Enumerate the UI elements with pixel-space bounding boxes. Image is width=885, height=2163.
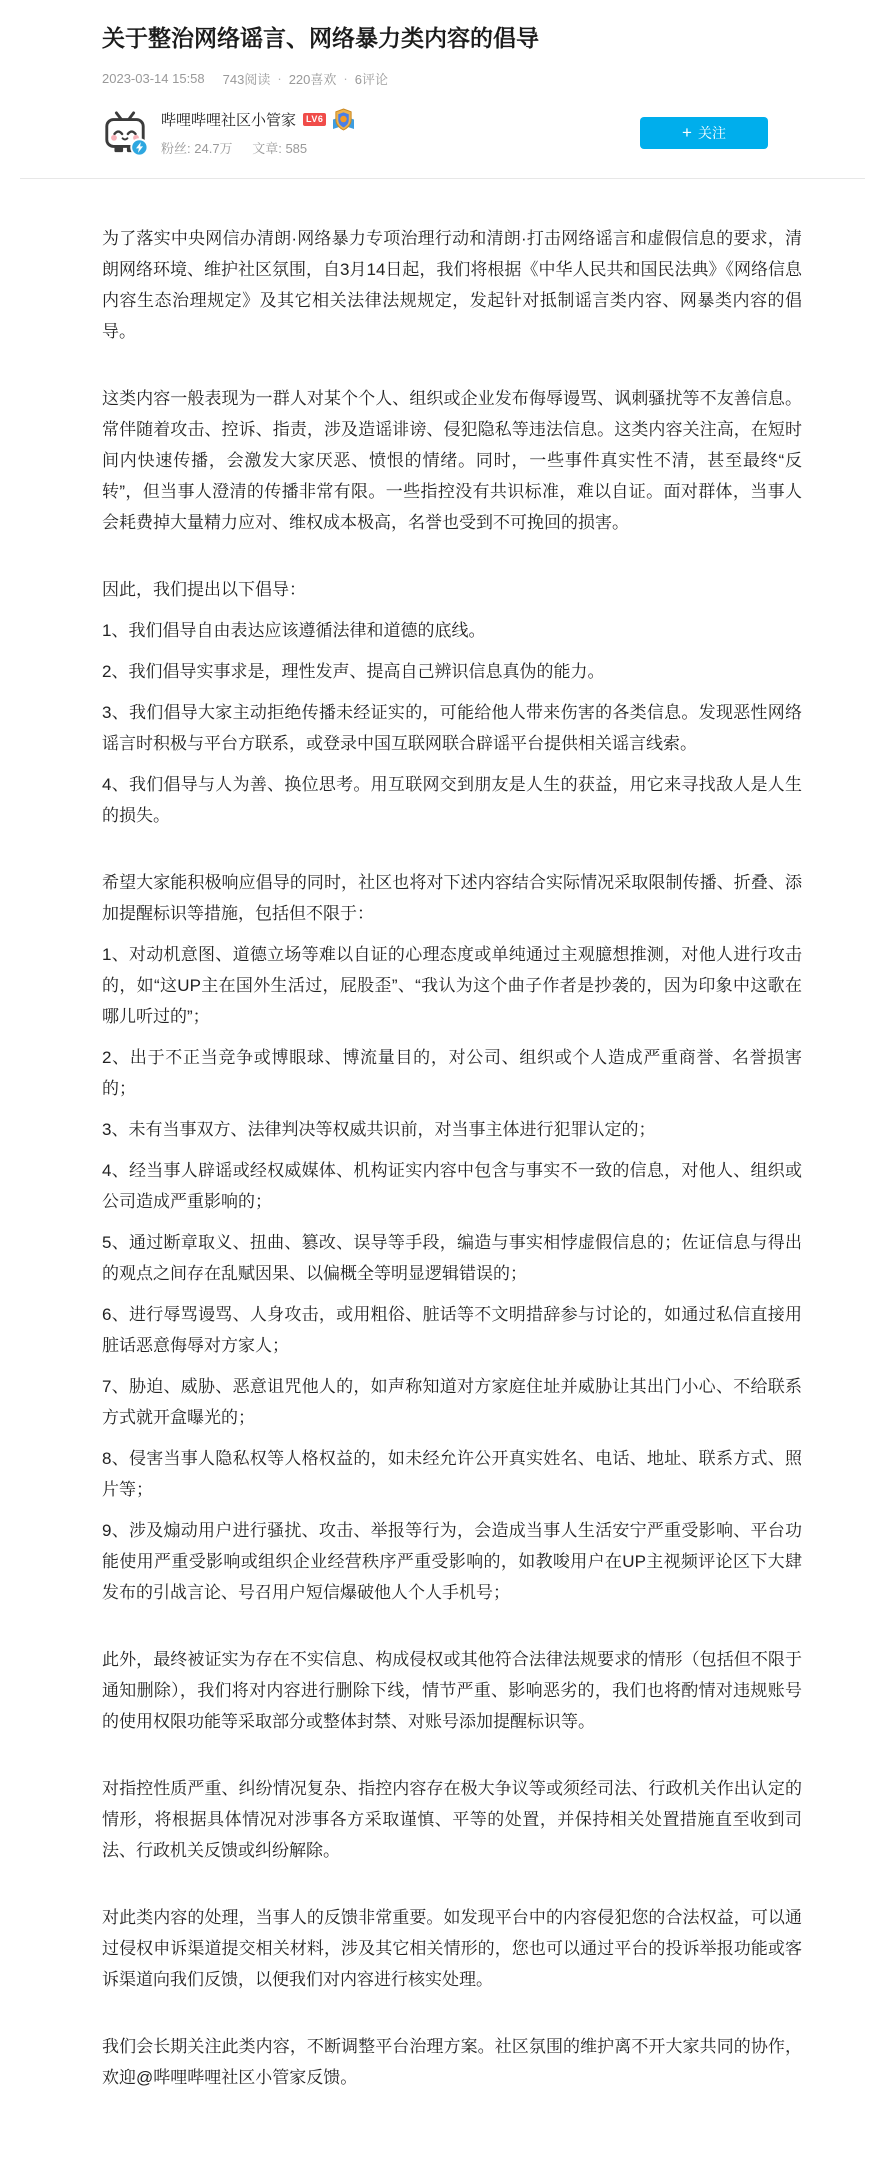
followers-value: 24.7万	[194, 141, 232, 156]
article-paragraph: 希望大家能积极响应倡导的同时，社区也将对下述内容结合实际情况采取限制传播、折叠、…	[102, 867, 802, 929]
followers-label: 粉丝:	[161, 141, 191, 156]
bilibili-tv-mascot-icon	[102, 110, 148, 156]
article-paragraph: 这类内容一般表现为一群人对某个个人、组织或企业发布侮辱谩骂、讽刺骚扰等不友善信息…	[102, 383, 802, 538]
article-paragraph: 因此，我们提出以下倡导：	[102, 574, 802, 605]
article-paragraph: 5、通过断章取义、扭曲、篡改、误导等手段，编造与事实相悖虚假信息的；佐证信息与得…	[102, 1227, 802, 1289]
article-page: 关于整治网络谣言、网络暴力类内容的倡导 2023-03-14 15:58 743…	[0, 0, 885, 2163]
like-count: 220喜欢	[289, 69, 337, 88]
view-count: 743阅读	[223, 69, 271, 88]
articles-label: 文章:	[252, 141, 282, 156]
paragraph-spacer	[102, 548, 802, 564]
meta-separator: ·	[277, 71, 281, 86]
paragraph-spacer	[102, 1747, 802, 1763]
article-paragraph: 7、胁迫、威胁、恶意诅咒他人的，如声称知道对方家庭住址并威胁让其出门小心、不给联…	[102, 1371, 802, 1433]
author-stats: 粉丝: 24.7万 文章: 585	[161, 138, 354, 157]
article-body: 为了落实中央网信办清朗·网络暴力专项治理行动和清朗·打击网络谣言和虚假信息的要求…	[102, 223, 802, 2093]
author-info: 哔哩哔哩社区小管家 LV6 粉丝: 24.7万	[161, 108, 354, 157]
article-paragraph: 我们会长期关注此类内容，不断调整平台治理方案。社区氛围的维护离不开大家共同的协作…	[102, 2031, 802, 2093]
article-paragraph: 1、对动机意图、道德立场等难以自证的心理态度或单纯通过主观臆想推测，对他人进行攻…	[102, 939, 802, 1032]
header-divider	[20, 178, 865, 179]
article-paragraph: 3、未有当事双方、法律判决等权威共识前，对当事主体进行犯罪认定的；	[102, 1114, 802, 1145]
author-avatar[interactable]	[102, 110, 148, 156]
article-paragraph: 此外，最终被证实为存在不实信息、构成侵权或其他符合法律法规要求的情形（包括但不限…	[102, 1644, 802, 1737]
article-paragraph: 4、我们倡导与人为善、换位思考。用互联网交到朋友是人生的获益，用它来寻找敌人是人…	[102, 769, 802, 831]
article-paragraph: 1、我们倡导自由表达应该遵循法律和道德的底线。	[102, 615, 802, 646]
comment-count: 6评论	[355, 69, 388, 88]
article-paragraph: 6、进行辱骂谩骂、人身攻击，或用粗俗、脏话等不文明措辞参与讨论的，如通过私信直接…	[102, 1299, 802, 1361]
author-name[interactable]: 哔哩哔哩社区小管家	[161, 109, 296, 130]
author-block: 哔哩哔哩社区小管家 LV6 粉丝: 24.7万	[102, 108, 802, 157]
articles-value: 585	[285, 141, 307, 156]
paragraph-spacer	[102, 841, 802, 857]
paragraph-spacer	[102, 1618, 802, 1634]
article-paragraph: 2、我们倡导实事求是，理性发声、提高自己辨识信息真伪的能力。	[102, 656, 802, 687]
plus-icon: +	[682, 124, 692, 141]
article-paragraph: 为了落实中央网信办清朗·网络暴力专项治理行动和清朗·打击网络谣言和虚假信息的要求…	[102, 223, 802, 347]
level-badge: LV6	[303, 113, 326, 126]
article-paragraph: 9、涉及煽动用户进行骚扰、攻击、举报等行为，会造成当事人生活安宁严重受影响、平台…	[102, 1515, 802, 1608]
article-paragraph: 对指控性质严重、纠纷情况复杂、指控内容存在极大争议等或须经司法、行政机关作出认定…	[102, 1773, 802, 1866]
paragraph-spacer	[102, 1876, 802, 1892]
article-paragraph: 3、我们倡导大家主动拒绝传播未经证实的，可能给他人带来伤害的各类信息。发现恶性网…	[102, 697, 802, 759]
paragraph-spacer	[102, 357, 802, 373]
article-paragraph: 8、侵害当事人隐私权等人格权益的，如未经允许公开真实姓名、电话、地址、联系方式、…	[102, 1443, 802, 1505]
article-paragraph: 对此类内容的处理，当事人的反馈非常重要。如发现平台中的内容侵犯您的合法权益，可以…	[102, 1902, 802, 1995]
publish-date: 2023-03-14 15:58	[102, 71, 205, 86]
paragraph-spacer	[102, 2005, 802, 2021]
article-paragraph: 2、出于不正当竞争或博眼球、博流量目的，对公司、组织或个人造成严重商誉、名誉损害…	[102, 1042, 802, 1104]
page-title: 关于整治网络谣言、网络暴力类内容的倡导	[102, 22, 802, 54]
article-paragraph: 4、经当事人辟谣或经权威媒体、机构证实内容中包含与事实不一致的信息，对他人、组织…	[102, 1155, 802, 1217]
follow-button[interactable]: + 关注	[640, 117, 768, 149]
official-medal-icon	[333, 108, 354, 131]
article-meta: 2023-03-14 15:58 743阅读 · 220喜欢 · 6评论	[102, 69, 802, 88]
meta-separator: ·	[343, 71, 347, 86]
follow-button-label: 关注	[698, 123, 726, 143]
